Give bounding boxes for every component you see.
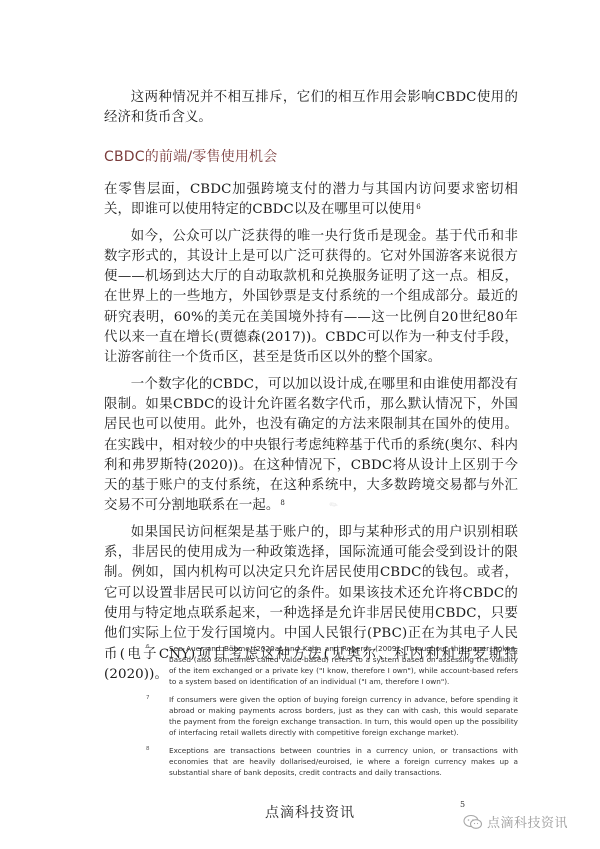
footnote-ref-8[interactable]: 8	[280, 499, 285, 507]
footnote-text: See Auer and Böhme (2020a) and Kahn and …	[169, 644, 518, 686]
section-heading: CBDC的前端/零售使用机会	[104, 146, 277, 166]
paragraph-1: 在零售层面，CBDC加强跨境支付的潜力与其国内访问要求密切相关，即谁可以使用特定…	[104, 180, 518, 221]
footnote-number: 7	[146, 693, 150, 704]
page-number: 5	[460, 800, 465, 809]
footnote-text: If consumers were given the option of bu…	[169, 695, 518, 737]
footnote-text: Exceptions are transactions between coun…	[169, 746, 518, 777]
footnote-ref-6[interactable]: 6	[416, 203, 421, 211]
document-page: 这两种情况并不相互排斥，它们的相互作用会影响CBDC使用的经济和货币含义。 CB…	[0, 0, 600, 849]
wechat-icon	[463, 814, 483, 830]
paragraph-2: 如今，公众可以广泛获得的唯一央行货币是现金。基于代币和非数字形式的，其设计上是可…	[104, 227, 518, 369]
watermark-text: 点滴科技资讯	[487, 812, 568, 831]
footnote-6: 6 See Auer and Böhme (2020a) and Kahn an…	[142, 643, 518, 687]
footnotes-section: 6 See Auer and Böhme (2020a) and Kahn an…	[142, 643, 518, 785]
intro-block: 这两种情况并不相互排斥，它们的相互作用会影响CBDC使用的经济和货币含义。	[104, 88, 518, 129]
paragraph-2-text: 如今，公众可以广泛获得的唯一央行货币是现金。基于代币和非数字形式的，其设计上是可…	[104, 229, 518, 366]
intro-paragraph: 这两种情况并不相互排斥，它们的相互作用会影响CBDC使用的经济和货币含义。	[104, 88, 518, 129]
watermark: 点滴科技资讯	[463, 812, 568, 831]
footnote-number: 6	[146, 642, 150, 653]
footnote-8: 8 Exceptions are transactions between co…	[142, 745, 518, 778]
paragraph-1-text: 在零售层面，CBDC加强跨境支付的潜力与其国内访问要求密切相关，即谁可以使用特定…	[104, 182, 518, 217]
footnote-number: 8	[146, 744, 150, 755]
main-body: 在零售层面，CBDC加强跨境支付的潜力与其国内访问要求密切相关，即谁可以使用特定…	[104, 180, 518, 685]
footer-source-label: 点滴科技资讯	[265, 802, 355, 822]
footnote-7: 7 If consumers were given the option of …	[142, 694, 518, 738]
paragraph-3-text: 一个数字化的CBDC，可以加以设计成,在哪里和由谁使用都没有限制。如果CBDC的…	[104, 377, 518, 514]
paragraph-3: 一个数字化的CBDC，可以加以设计成,在哪里和由谁使用都没有限制。如果CBDC的…	[104, 375, 518, 517]
